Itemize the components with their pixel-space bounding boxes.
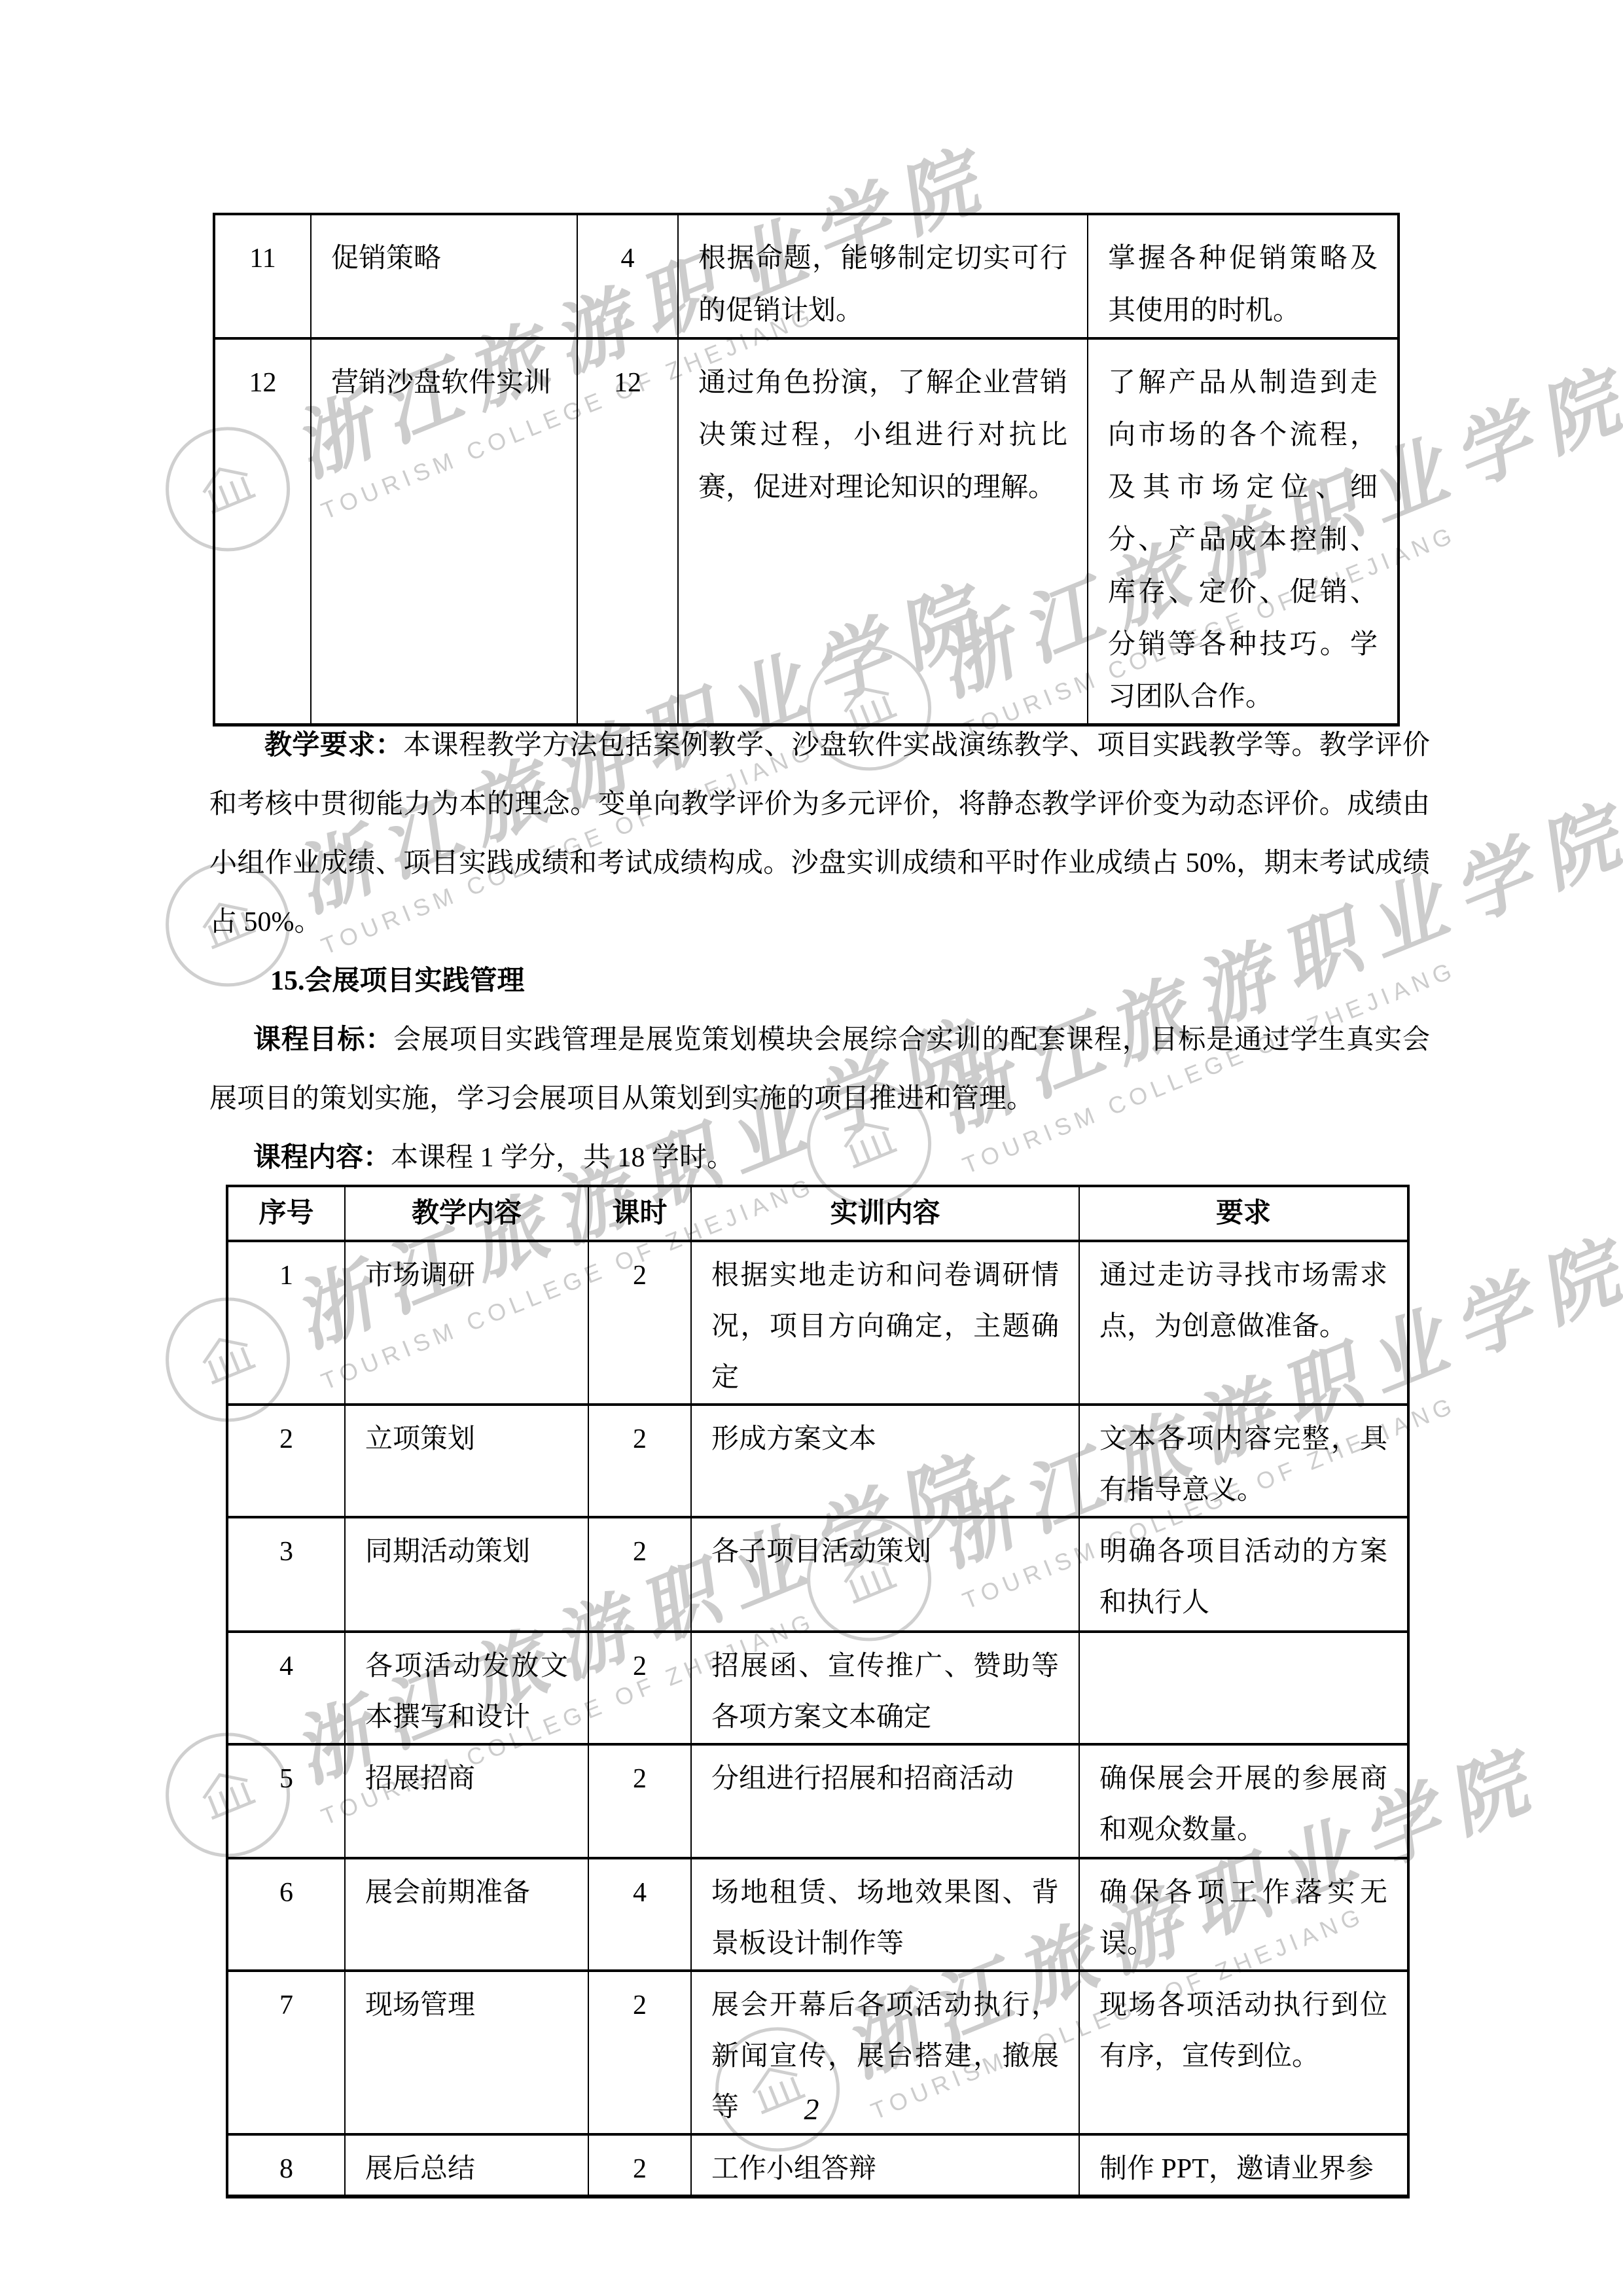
cell-topic: 招展招商 — [345, 1744, 588, 1858]
table-row: 5 招展招商 2 分组进行招展和招商活动 确保展会开展的参展商和观众数量。 — [227, 1744, 1408, 1858]
course-content-label: 课程内容： — [253, 1143, 391, 1173]
header-training: 实训内容 — [691, 1186, 1079, 1241]
document-page: 浙江旅游职业学院 TOURISM COLLEGE OF ZHEJIANG 浙江旅… — [0, 0, 1623, 2296]
course-content-paragraph: 课程内容：本课程 1 学分，共 18 学时。 — [209, 1128, 1430, 1187]
cell-topic: 市场调研 — [345, 1241, 588, 1405]
body-text: 教学要求：本课程教学方法包括案例教学、沙盘软件实战演练教学、项目实践教学等。教学… — [209, 716, 1430, 1187]
cell-topic: 营销沙盘软件实训 — [311, 338, 577, 725]
teaching-requirements-text: 本课程教学方法包括案例教学、沙盘软件实战演练教学、项目实践教学等。教学评价和考核… — [209, 730, 1430, 937]
cell-requirement: 文本各项内容完整，具有指导意义。 — [1079, 1405, 1408, 1517]
table-row: 8 展后总结 2 工作小组答辩 制作 PPT，邀请业界参 — [227, 2134, 1408, 2197]
table-row: 1 市场调研 2 根据实地走访和问卷调研情况，项目方向确定，主题确定 通过走访寻… — [227, 1241, 1408, 1405]
cell-topic: 促销策略 — [311, 214, 577, 338]
table-row: 12 营销沙盘软件实训 12 通过角色扮演，了解企业营销决策过程，小组进行对抗比… — [214, 338, 1399, 725]
cell-hours: 2 — [588, 2134, 691, 2197]
table-row: 6 展会前期准备 4 场地租赁、场地效果图、背景板设计制作等 确保各项工作落实无… — [227, 1858, 1408, 1971]
cell-hours: 2 — [588, 1632, 691, 1744]
cell-requirement: 掌握各种促销策略及其使用的时机。 — [1088, 214, 1399, 338]
cell-training: 根据实地走访和问卷调研情况，项目方向确定，主题确定 — [691, 1241, 1079, 1405]
cell-no: 2 — [227, 1405, 345, 1517]
teaching-requirements-label: 教学要求： — [264, 730, 403, 761]
header-requirement: 要求 — [1079, 1186, 1408, 1241]
course-goal-paragraph: 课程目标：会展项目实践管理是展览策划模块会展综合实训的配套课程，目标是通过学生真… — [209, 1011, 1430, 1128]
cell-no: 3 — [227, 1517, 345, 1632]
table-row: 4 各项活动发放文本撰写和设计 2 招展函、宣传推广、赞助等各项方案文本确定 — [227, 1632, 1408, 1744]
cell-no: 5 — [227, 1744, 345, 1858]
cell-training: 工作小组答辩 — [691, 2134, 1079, 2197]
cell-topic: 立项策划 — [345, 1405, 588, 1517]
table-header-row: 序号 教学内容 课时 实训内容 要求 — [227, 1186, 1408, 1241]
course-table-continued: 11 促销策略 4 根据命题，能够制定切实可行的促销计划。 掌握各种促销策略及其… — [213, 213, 1400, 726]
cell-requirement — [1079, 1632, 1408, 1744]
cell-training: 通过角色扮演，了解企业营销决策过程，小组进行对抗比赛，促进对理论知识的理解。 — [678, 338, 1088, 725]
cell-hours: 4 — [588, 1858, 691, 1971]
cell-topic: 展会前期准备 — [345, 1858, 588, 1971]
cell-no: 12 — [214, 338, 311, 725]
cell-no: 4 — [227, 1632, 345, 1744]
cell-hours: 2 — [588, 1744, 691, 1858]
page-number: 2 — [0, 2092, 1623, 2126]
table-row: 11 促销策略 4 根据命题，能够制定切实可行的促销计划。 掌握各种促销策略及其… — [214, 214, 1399, 338]
cell-training: 招展函、宣传推广、赞助等各项方案文本确定 — [691, 1632, 1079, 1744]
cell-requirement: 了解产品从制造到走向市场的各个流程，及其市场定位、细分、产品成本控制、库存、定价… — [1088, 338, 1399, 725]
course-content-text: 本课程 1 学分，共 18 学时。 — [391, 1143, 734, 1173]
cell-training: 分组进行招展和招商活动 — [691, 1744, 1079, 1858]
cell-hours: 2 — [588, 1405, 691, 1517]
course-goal-label: 课程目标： — [253, 1025, 393, 1055]
teaching-requirements-paragraph: 教学要求：本课程教学方法包括案例教学、沙盘软件实战演练教学、项目实践教学等。教学… — [209, 716, 1430, 952]
header-topic: 教学内容 — [345, 1186, 588, 1241]
cell-requirement: 确保各项工作落实无误。 — [1079, 1858, 1408, 1971]
cell-topic: 展后总结 — [345, 2134, 588, 2197]
table-row: 3 同期活动策划 2 各子项目活动策划 明确各项目活动的方案和执行人 — [227, 1517, 1408, 1632]
cell-requirement: 明确各项目活动的方案和执行人 — [1079, 1517, 1408, 1632]
cell-no: 1 — [227, 1241, 345, 1405]
cell-requirement: 制作 PPT，邀请业界参 — [1079, 2134, 1408, 2197]
cell-requirement: 通过走访寻找市场需求点，为创意做准备。 — [1079, 1241, 1408, 1405]
header-no: 序号 — [227, 1186, 345, 1241]
page-content: 11 促销策略 4 根据命题，能够制定切实可行的促销计划。 掌握各种促销策略及其… — [0, 0, 1623, 2296]
cell-training: 场地租赁、场地效果图、背景板设计制作等 — [691, 1858, 1079, 1971]
header-hours: 课时 — [588, 1186, 691, 1241]
cell-training: 各子项目活动策划 — [691, 1517, 1079, 1632]
cell-no: 11 — [214, 214, 311, 338]
table-row: 2 立项策划 2 形成方案文本 文本各项内容完整，具有指导意义。 — [227, 1405, 1408, 1517]
cell-hours: 2 — [588, 1241, 691, 1405]
cell-requirement: 确保展会开展的参展商和观众数量。 — [1079, 1744, 1408, 1858]
cell-topic: 同期活动策划 — [345, 1517, 588, 1632]
cell-topic: 各项活动发放文本撰写和设计 — [345, 1632, 588, 1744]
cell-no: 6 — [227, 1858, 345, 1971]
cell-no: 8 — [227, 2134, 345, 2197]
cell-training: 形成方案文本 — [691, 1405, 1079, 1517]
cell-training: 根据命题，能够制定切实可行的促销计划。 — [678, 214, 1088, 338]
cell-hours: 4 — [577, 214, 678, 338]
practice-course-table: 序号 教学内容 课时 实训内容 要求 1 市场调研 2 根据实地走访和问卷调研情… — [226, 1185, 1410, 2198]
cell-hours: 12 — [577, 338, 678, 725]
section-heading: 15.会展项目实践管理 — [209, 952, 1430, 1011]
cell-hours: 2 — [588, 1517, 691, 1632]
